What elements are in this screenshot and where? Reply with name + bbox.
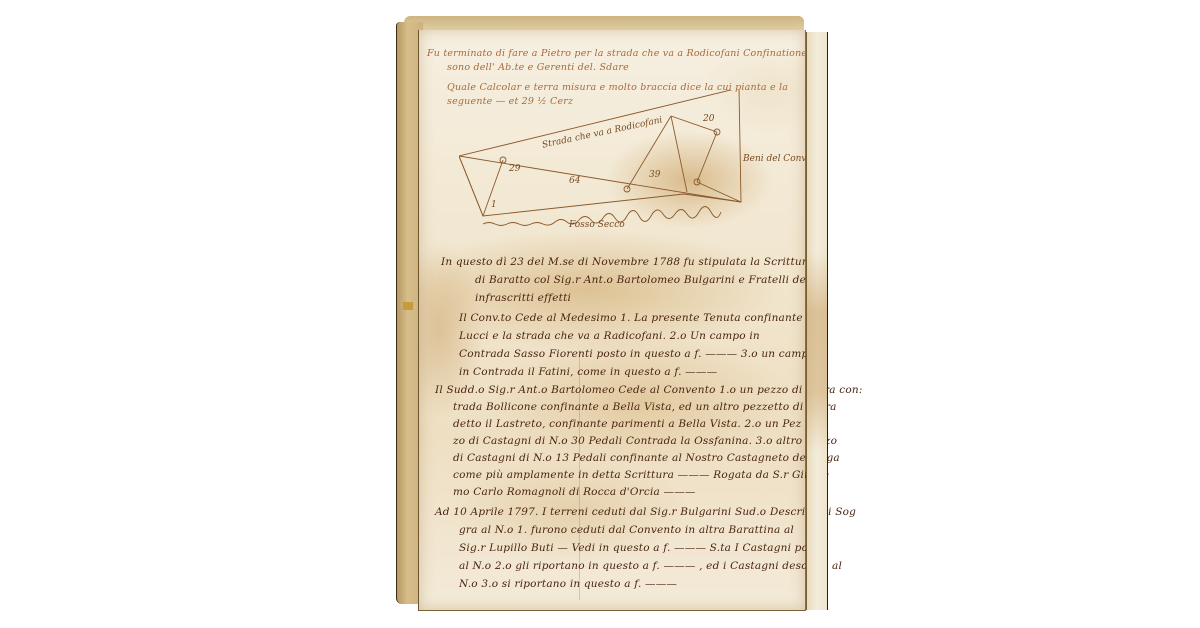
entry-line: gra al N.o 1. furono ceduti dal Convento…	[459, 524, 794, 536]
water-stain	[807, 252, 827, 452]
entry-line: Contrada Sasso Fiorenti posto in questo …	[459, 348, 815, 360]
entry-line: trada Bollicone confinante a Bella Vista…	[453, 401, 837, 413]
entry-line: mo Carlo Romagnoli di Rocca d'Orcia ———	[453, 486, 696, 498]
entry-line: di Castagni di N.o 13 Pedali confinante …	[453, 452, 840, 464]
entry-line: In questo dì 23 del M.se di Novembre 178…	[441, 256, 814, 268]
entry-line: Il Conv.to Cede al Medesimo 1. La presen…	[459, 312, 810, 324]
entry-line: detto il Lastreto, confinante parimenti …	[453, 418, 801, 430]
diagram-label-64: 64	[569, 176, 580, 186]
entry-line: Il Sudd.o Sig.r Ant.o Bartolomeo Cede al…	[435, 384, 863, 396]
manuscript-book: Fu terminato di fare a Pietro per la str…	[396, 16, 828, 616]
entry-line: infrascritti effetti	[475, 292, 571, 304]
entry-line: al N.o 2.o gli riportano in questo a f. …	[459, 560, 842, 572]
entry-line: di Baratto col Sig.r Ant.o Bartolomeo Bu…	[475, 274, 809, 286]
entry-line: zo di Castagni di N.o 30 Pedali Contrada…	[453, 435, 837, 447]
header-note-line: sono dell' Ab.te e Gerenti del. Sdare	[447, 62, 629, 74]
binding-tab	[403, 302, 413, 310]
entry-line: come più amplamente in detta Scrittura —…	[453, 469, 830, 481]
diagram-label-39: 39	[649, 170, 660, 180]
entry-line: Ad 10 Aprile 1797. I terreni ceduti dal …	[435, 506, 856, 518]
manuscript-page: Fu terminato di fare a Pietro per la str…	[418, 30, 806, 611]
diagram-label-20: 20	[703, 114, 714, 124]
diagram-label-ditch: Fosso Secco	[569, 220, 625, 230]
diagram-label-29: 29	[509, 164, 520, 174]
diagram-label-1: 1	[491, 200, 497, 210]
entry-line: in Contrada il Fatini, come in questo a …	[459, 366, 717, 378]
facing-page-edge	[806, 32, 828, 610]
header-note-line: Fu terminato di fare a Pietro per la str…	[427, 48, 807, 60]
entry-line: Sig.r Lupillo Buti — Vedi in questo a f.…	[459, 542, 822, 554]
entry-line: Lucci e la strada che va a Radicofani. 2…	[459, 330, 760, 342]
entry-line: N.o 3.o si riportano in questo a f. ———	[459, 578, 677, 590]
